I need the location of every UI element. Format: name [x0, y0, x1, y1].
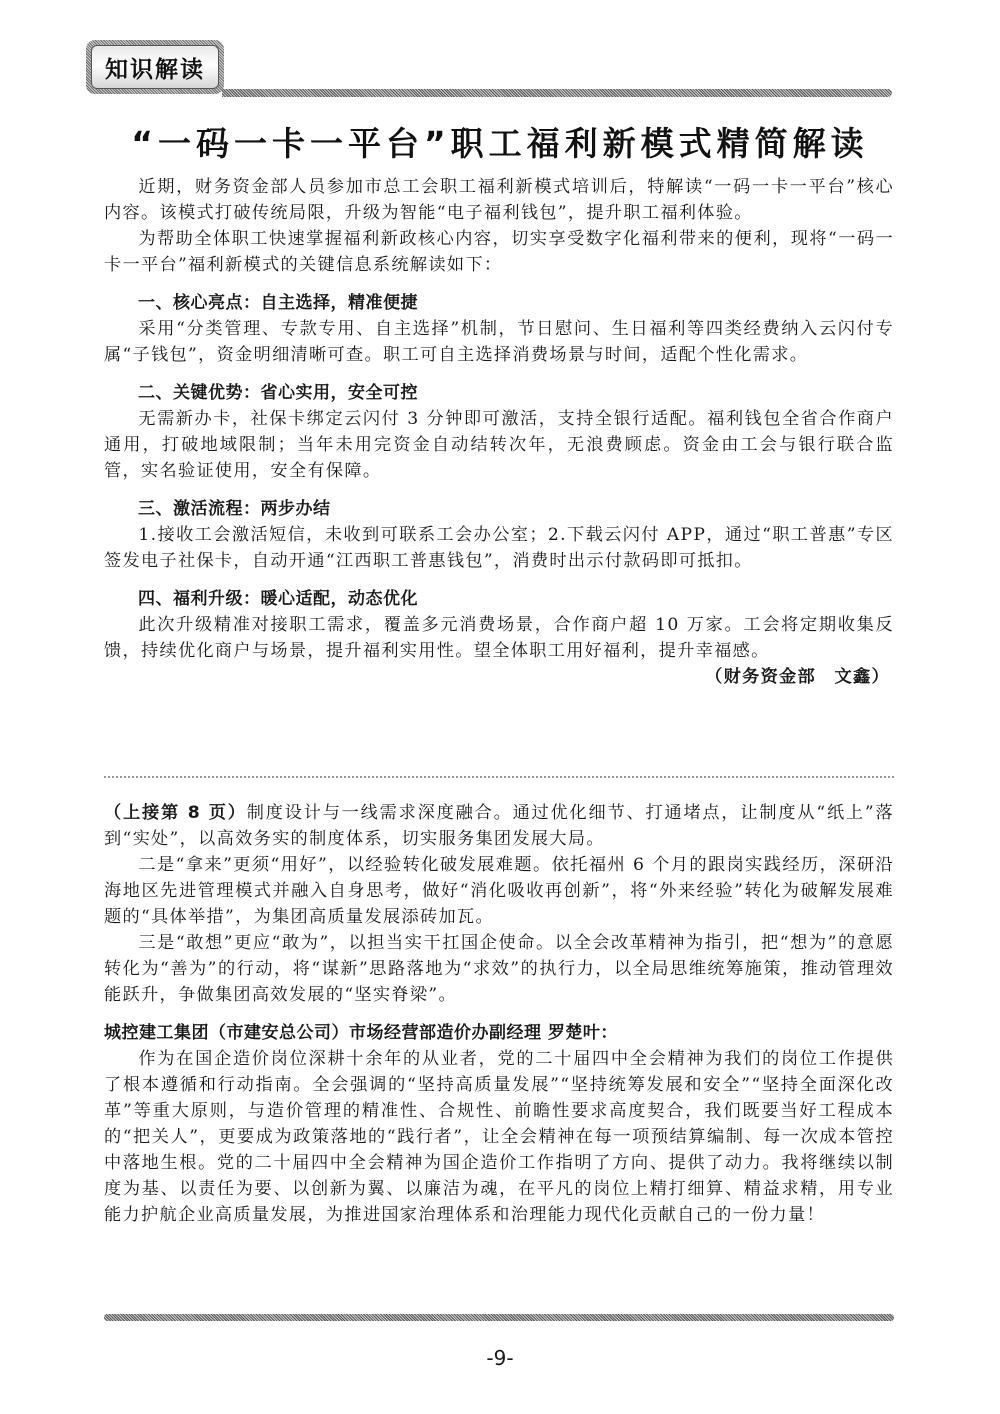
- page-number: -9-: [0, 1346, 1000, 1370]
- section-heading-1: 一、核心亮点：自主选择，精准便捷: [104, 290, 894, 316]
- section-body-2: 无需新办卡，社保卡绑定云闪付 3 分钟即可激活，支持全银行适配。福利钱包全省合作…: [104, 406, 894, 484]
- section-body-4: 此次升级精准对接职工需求，覆盖多元消费场景，合作商户超 10 万家。工会将定期收…: [104, 612, 894, 664]
- article-signature: （财务资金部 文鑫）: [104, 664, 894, 690]
- continuation-body: （上接第 8 页）制度设计与一线需求深度融合。通过优化细节、打通堵点，让制度从“…: [104, 800, 894, 1228]
- speaker-body: 作为在国企造价岗位深耕十余年的从业者，党的二十届四中全会精神为我们的岗位工作提供…: [104, 1046, 894, 1228]
- intro-paragraph-2: 为帮助全体职工快速掌握福利新政核心内容，切实享受数字化福利带来的便利，现将“一码…: [104, 226, 894, 278]
- section-heading-4: 四、福利升级：暖心适配，动态优化: [104, 586, 894, 612]
- section-badge-label: 知识解读: [91, 45, 219, 89]
- section-heading-2: 二、关键优势：省心实用，安全可控: [104, 380, 894, 406]
- article-body: 近期，财务资金部人员参加市总工会职工福利新模式培训后，特解读“一码一卡一平台”核…: [104, 174, 894, 690]
- section-badge: 知识解读: [86, 40, 224, 94]
- continuation-paragraph-2: 二是“拿来”更须“用好”，以经验转化破发展难题。依托福州 6 个月的跟岗实践经历…: [104, 852, 894, 930]
- section-body-1: 采用“分类管理、专款专用、自主选择”机制，节日慰问、生日福利等四类经费纳入云闪付…: [104, 316, 894, 368]
- continuation-lead: （上接第 8 页）: [104, 803, 247, 823]
- continuation-first-paragraph: （上接第 8 页）制度设计与一线需求深度融合。通过优化细节、打通堵点，让制度从“…: [104, 800, 894, 852]
- intro-paragraph-1: 近期，财务资金部人员参加市总工会职工福利新模式培训后，特解读“一码一卡一平台”核…: [104, 174, 894, 226]
- header-rule: [222, 89, 892, 97]
- section-heading-3: 三、激活流程：两步办结: [104, 496, 894, 522]
- section-body-3: 1.接收工会激活短信，未收到可联系工会办公室；2.下载云闪付 APP，通过“职工…: [104, 522, 894, 574]
- speaker-heading: 城控建工集团（市建安总公司）市场经营部造价办副经理 罗楚叶：: [104, 1020, 894, 1046]
- footer-rule: [104, 1314, 894, 1321]
- continuation-paragraph-3: 三是“敢想”更应“敢为”，以担当实干扛国企使命。以全会改革精神为指引，把“想为”…: [104, 930, 894, 1008]
- section-divider: [104, 776, 894, 778]
- article-title: “一码一卡一平台”职工福利新模式精简解读: [0, 118, 1000, 165]
